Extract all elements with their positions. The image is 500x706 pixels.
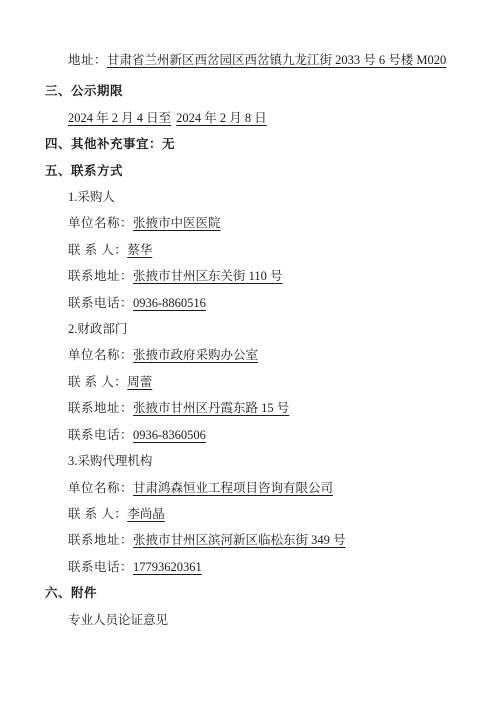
contact-phone-row: 联系电话：17793620361 bbox=[68, 554, 470, 580]
publicity-date-from: 2024 年 2 月 4 日至 bbox=[68, 111, 171, 125]
contact-address-row: 联系地址：张掖市甘州区滨河新区临松东街 349 号 bbox=[68, 527, 470, 553]
contact-address-label: 联系地址： bbox=[68, 533, 133, 547]
contact-group-finance-department: 2.财政部门 单位名称：张掖市政府采购办公室 联 系 人：周蕾 联系地址：张掖市… bbox=[45, 316, 470, 448]
contact-address-value: 张掖市甘州区滨河新区临松东街 349 号 bbox=[133, 533, 346, 547]
contact-person-label: 联 系 人： bbox=[68, 375, 127, 389]
section-heading-attachments: 六、附件 bbox=[45, 580, 470, 606]
contact-person-row: 联 系 人：蔡华 bbox=[68, 237, 470, 263]
publicity-period-dates: 2024 年 2 月 4 日至2024 年 2 月 8 日 bbox=[68, 105, 470, 131]
contact-address-row: 联系地址：张掖市甘州区东关街 110 号 bbox=[68, 263, 470, 289]
section-heading-publicity-period: 三、公示期限 bbox=[45, 78, 470, 104]
contact-address-value: 张掖市甘州区东关街 110 号 bbox=[133, 269, 283, 283]
section-heading-contact-info: 五、联系方式 bbox=[45, 158, 470, 184]
unit-name-value: 张掖市政府采购办公室 bbox=[133, 348, 258, 362]
contact-person-label: 联 系 人： bbox=[68, 507, 127, 521]
contact-phone-value: 0936-8860516 bbox=[133, 296, 206, 310]
contact-phone-label: 联系电话： bbox=[68, 560, 133, 574]
contact-person-label: 联 系 人： bbox=[68, 243, 127, 257]
contact-person-value: 蔡华 bbox=[127, 243, 152, 257]
contact-person-row: 联 系 人：周蕾 bbox=[68, 369, 470, 395]
contact-group-subheading: 1.采购人 bbox=[68, 184, 470, 210]
contact-address-label: 联系地址： bbox=[68, 401, 133, 415]
contact-group-subheading: 3.采购代理机构 bbox=[68, 448, 470, 474]
unit-name-row: 单位名称：张掖市政府采购办公室 bbox=[68, 342, 470, 368]
contact-phone-value: 0936-8360506 bbox=[133, 428, 206, 442]
unit-name-label: 单位名称： bbox=[68, 216, 133, 230]
unit-name-row: 单位名称：张掖市中医医院 bbox=[68, 210, 470, 236]
section-heading-other-matters: 四、其他补充事宜：无 bbox=[45, 131, 470, 157]
contact-group-procurement-agency: 3.采购代理机构 单位名称：甘肃鸿森恒业工程项目咨询有限公司 联 系 人：李尚晶… bbox=[45, 448, 470, 580]
contact-phone-label: 联系电话： bbox=[68, 296, 133, 310]
contact-phone-value: 17793620361 bbox=[133, 560, 202, 574]
publicity-date-to: 2024 年 2 月 8 日 bbox=[176, 111, 267, 125]
contact-group-purchaser: 1.采购人 单位名称：张掖市中医医院 联 系 人：蔡华 联系地址：张掖市甘州区东… bbox=[45, 184, 470, 316]
contact-group-subheading: 2.财政部门 bbox=[68, 316, 470, 342]
contact-address-value: 张掖市甘州区丹霞东路 15 号 bbox=[133, 401, 289, 415]
contact-phone-label: 联系电话： bbox=[68, 428, 133, 442]
unit-name-row: 单位名称：甘肃鸿森恒业工程项目咨询有限公司 bbox=[68, 475, 470, 501]
address-line: 地址：甘肃省兰州新区西岔园区西岔镇九龙江街 2033 号 6 号楼 M020 bbox=[68, 47, 470, 73]
contact-address-label: 联系地址： bbox=[68, 269, 133, 283]
document-page: 地址：甘肃省兰州新区西岔园区西岔镇九龙江街 2033 号 6 号楼 M020 三… bbox=[0, 0, 500, 706]
contact-person-value: 李尚晶 bbox=[127, 507, 165, 521]
contact-phone-row: 联系电话：0936-8860516 bbox=[68, 290, 470, 316]
contact-address-row: 联系地址：张掖市甘州区丹霞东路 15 号 bbox=[68, 395, 470, 421]
contact-phone-row: 联系电话：0936-8360506 bbox=[68, 422, 470, 448]
unit-name-value: 甘肃鸿森恒业工程项目咨询有限公司 bbox=[133, 481, 333, 495]
unit-name-value: 张掖市中医医院 bbox=[133, 216, 221, 230]
contact-person-row: 联 系 人：李尚晶 bbox=[68, 501, 470, 527]
unit-name-label: 单位名称： bbox=[68, 481, 133, 495]
unit-name-label: 单位名称： bbox=[68, 348, 133, 362]
contact-person-value: 周蕾 bbox=[127, 375, 152, 389]
address-value: 甘肃省兰州新区西岔园区西岔镇九龙江街 2033 号 6 号楼 M020 bbox=[107, 53, 446, 67]
attachment-item: 专业人员论证意见 bbox=[68, 607, 470, 633]
address-label: 地址： bbox=[68, 53, 107, 67]
